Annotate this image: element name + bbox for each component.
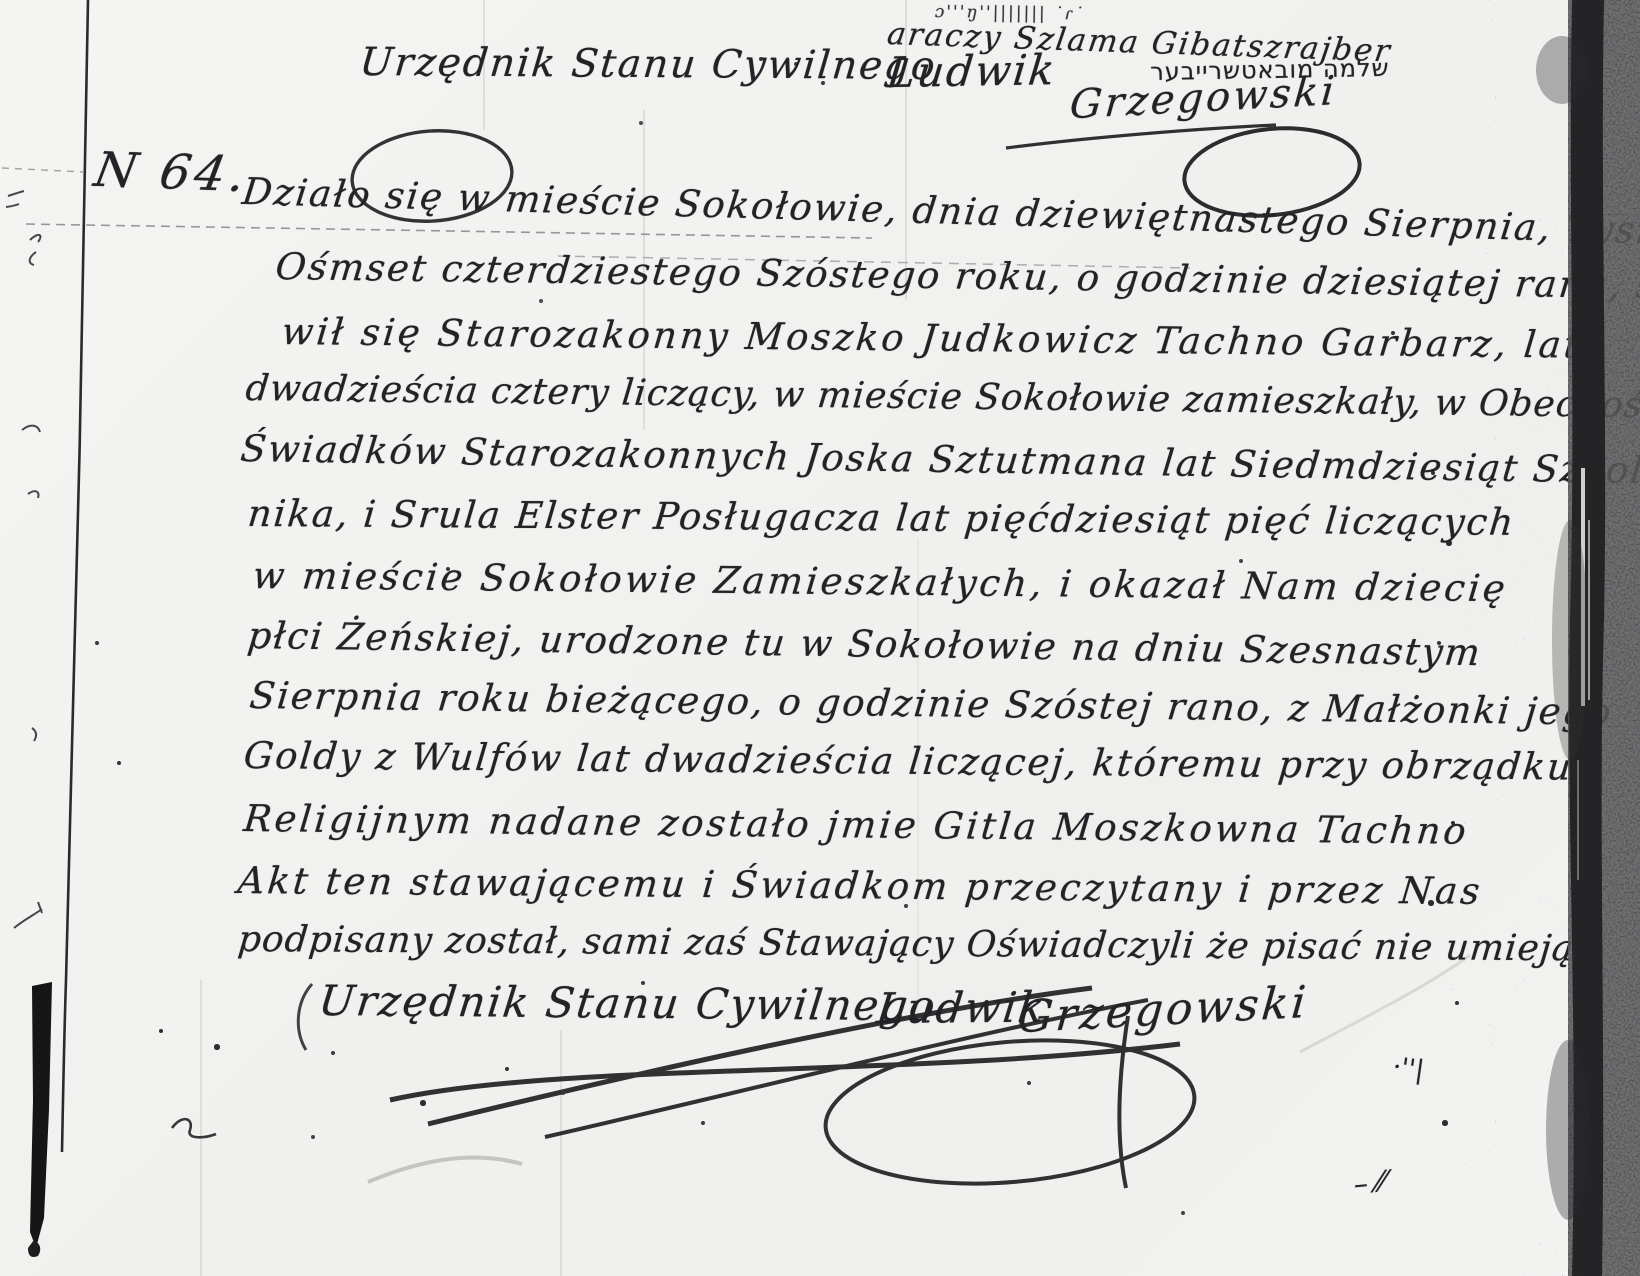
corner-ink-mark-upper: ·''| [1391, 1052, 1426, 1086]
margin-line [62, 0, 88, 1152]
act-number: N 64. [90, 142, 253, 203]
act-line: nika, i Srula Elster Posługacza lat pięć… [246, 492, 1517, 544]
binding-wedge-blob [28, 1240, 40, 1257]
pencil-smudge [368, 1158, 522, 1182]
scanned-document-page: ɔ'''ŋ''||||||| ˙ɾ˙ araczy Szlama Gibatsz… [0, 0, 1640, 1276]
scan-edge-band [1450, 0, 1640, 1276]
edge-white-streak [1577, 760, 1579, 880]
header-office-title: Urzędnik Stanu Cywilnego [358, 40, 939, 89]
corner-ink-mark-lower: – ⁄⁄ [1352, 1165, 1388, 1201]
edge-white-streak [1588, 520, 1590, 700]
binding-wedge-mark [30, 982, 52, 1248]
footer-office-title: Urzędnik Stanu Cywilnego [316, 976, 939, 1030]
footer-paren-mark [298, 984, 312, 1050]
pencil-smudge-2 [1300, 955, 1470, 1052]
header-registrar-given-name: Ludwik [885, 45, 1059, 97]
stray-ink-squiggle [172, 1119, 216, 1137]
margin-ink-marks [6, 191, 42, 928]
dust-speckles [0, 0, 2, 2]
